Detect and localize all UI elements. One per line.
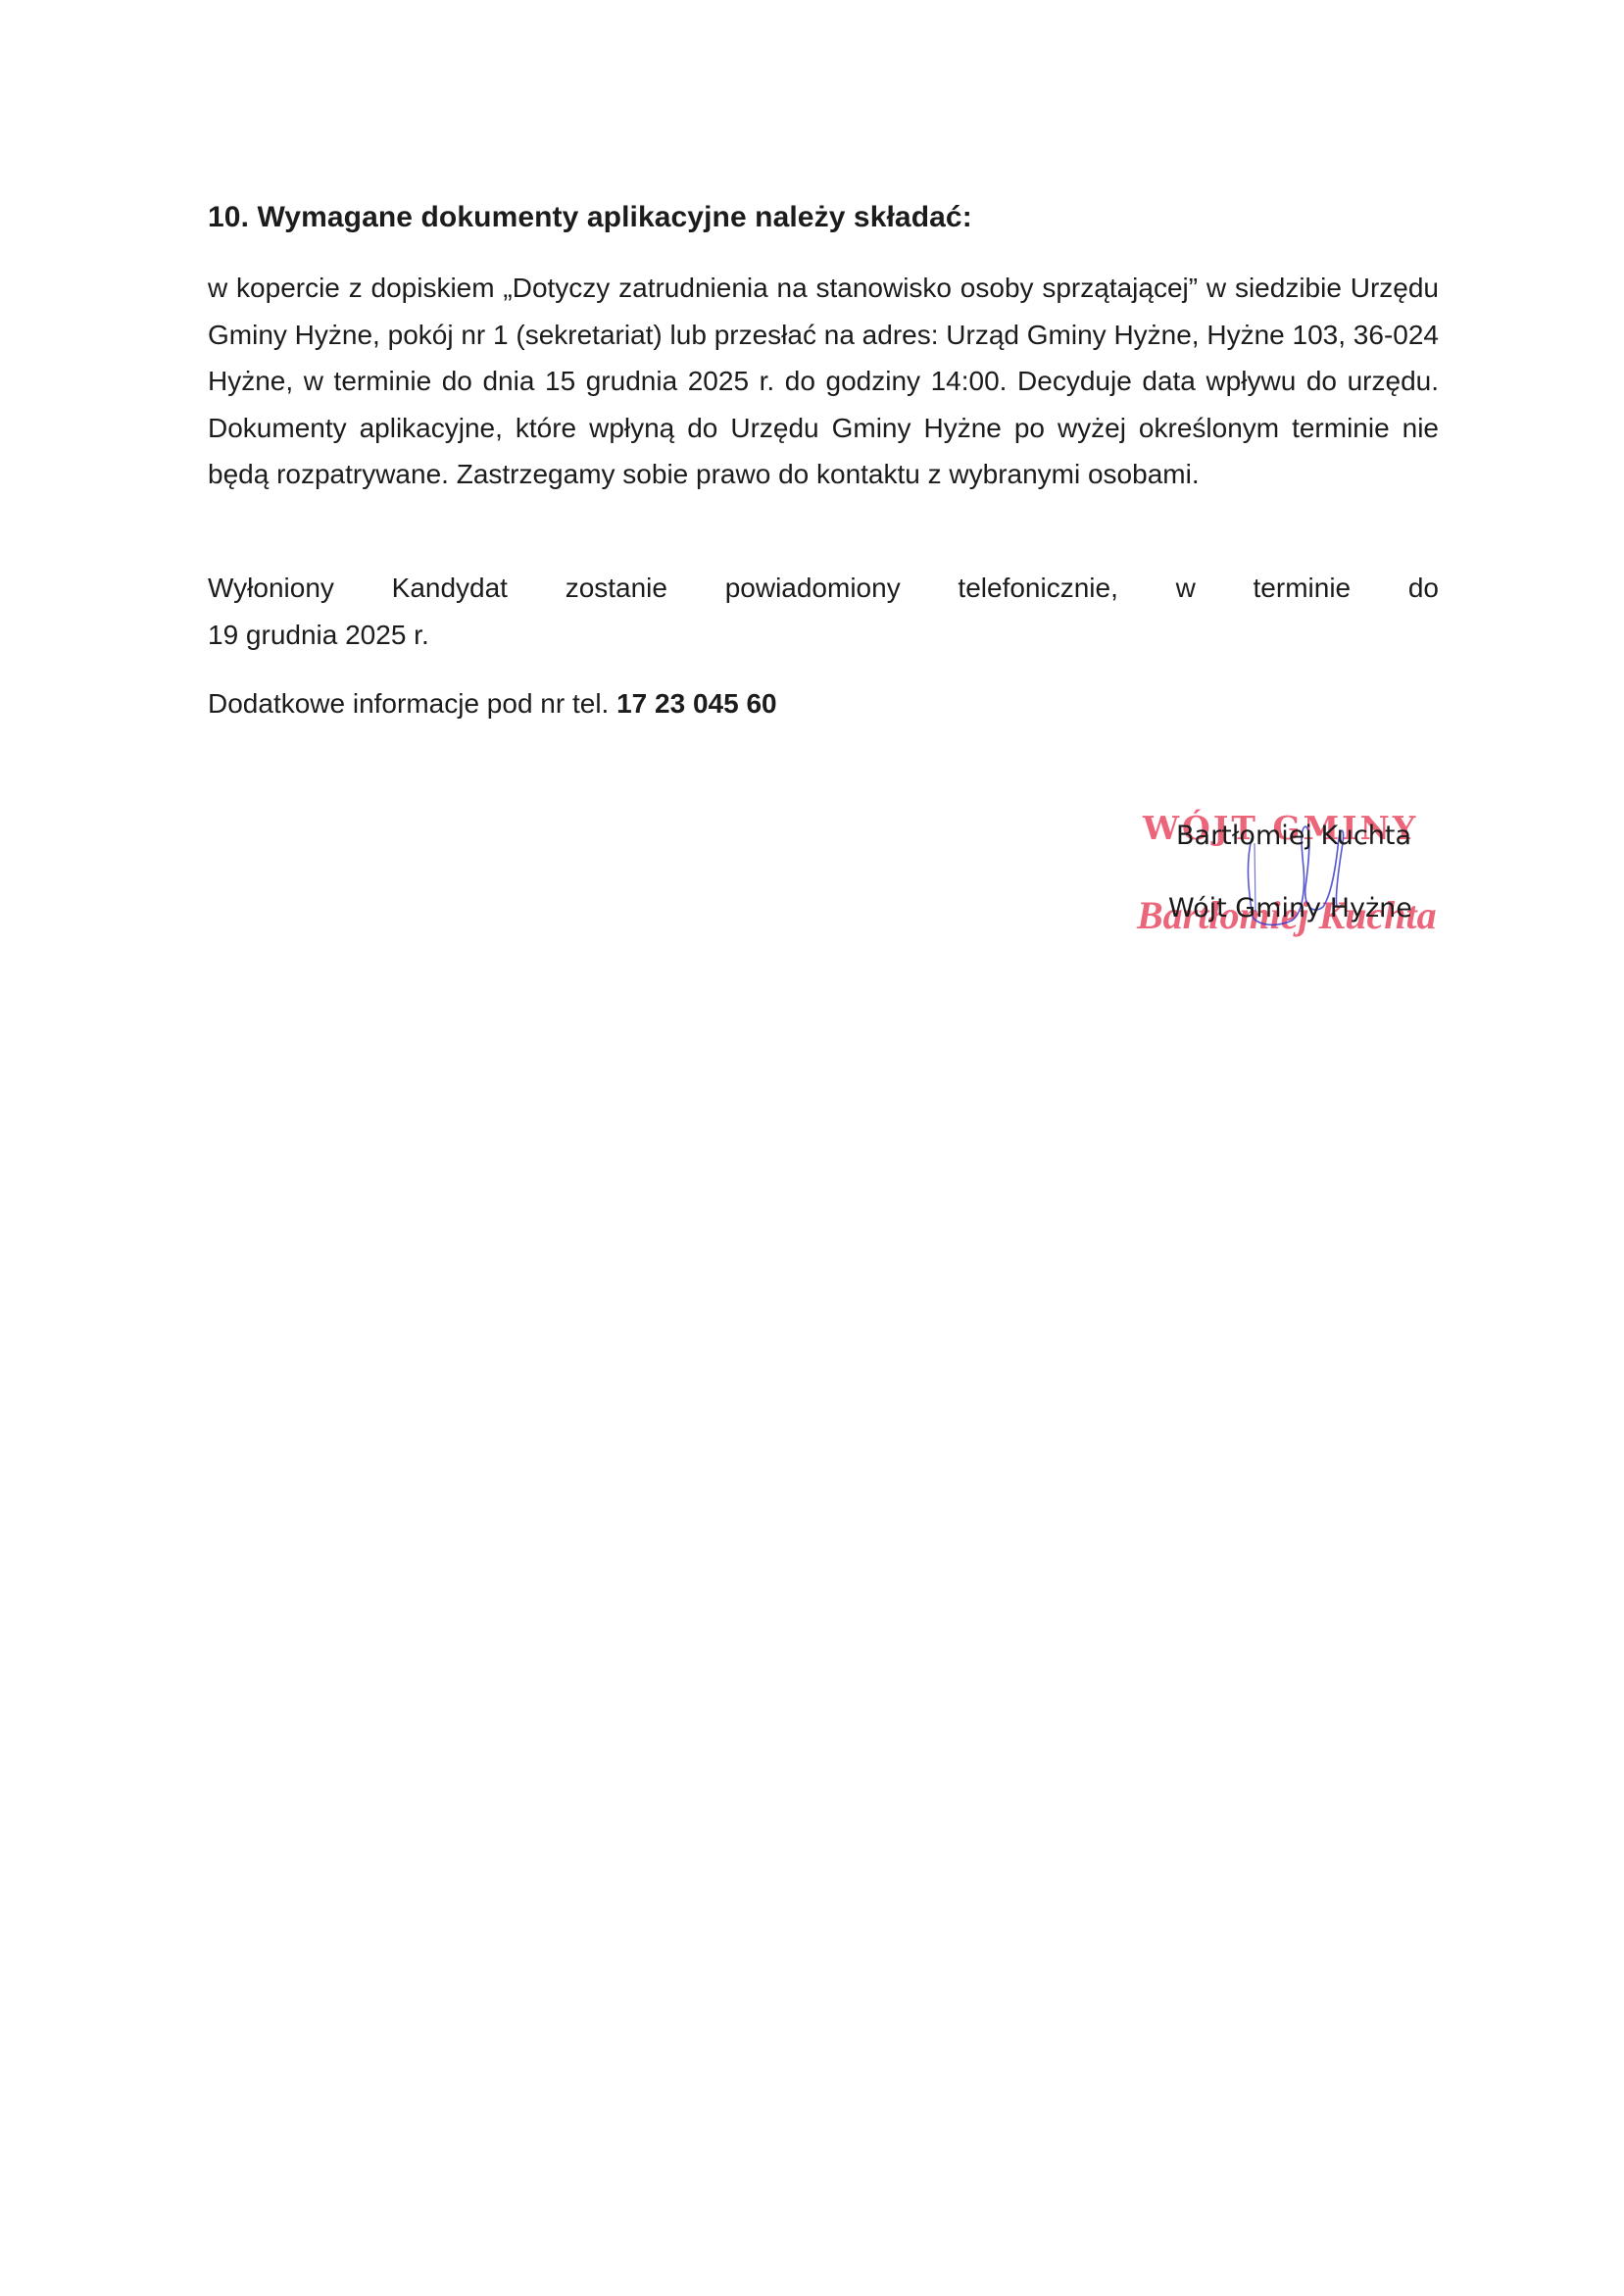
contact-phone: 17 23 045 60 (616, 688, 777, 719)
submission-instructions-paragraph: w kopercie z dopiskiem „Dotyczy zatrudni… (208, 265, 1439, 498)
notification-word: terminie (1254, 565, 1352, 612)
notification-line-2: 19 grudnia 2025 r. (208, 612, 1439, 659)
notification-word: do (1408, 565, 1439, 612)
notification-word: Kandydat (392, 565, 508, 612)
contact-label: Dodatkowe informacje pod nr tel. (208, 688, 616, 719)
notification-paragraph: WyłonionyKandydatzostaniepowiadomionytel… (208, 565, 1439, 658)
section-heading: 10. Wymagane dokumenty aplikacyjne należ… (208, 201, 972, 234)
notification-line-1: WyłonionyKandydatzostaniepowiadomionytel… (208, 565, 1439, 612)
signature-block: WÓJT GMINY Bartłomiej Kuchta Bartłomiej … (1117, 799, 1490, 956)
contact-paragraph: Dodatkowe informacje pod nr tel. 17 23 0… (208, 680, 1439, 727)
signatory-name: Bartłomiej Kuchta (1176, 821, 1411, 851)
notification-word: w (1176, 565, 1196, 612)
notification-word: zostanie (566, 565, 667, 612)
notification-word: powiadomiony (725, 565, 901, 612)
signatory-title: Wójt Gminy Hyżne (1168, 893, 1412, 923)
notification-word: Wyłoniony (208, 565, 334, 612)
notification-word: telefonicznie, (958, 565, 1117, 612)
